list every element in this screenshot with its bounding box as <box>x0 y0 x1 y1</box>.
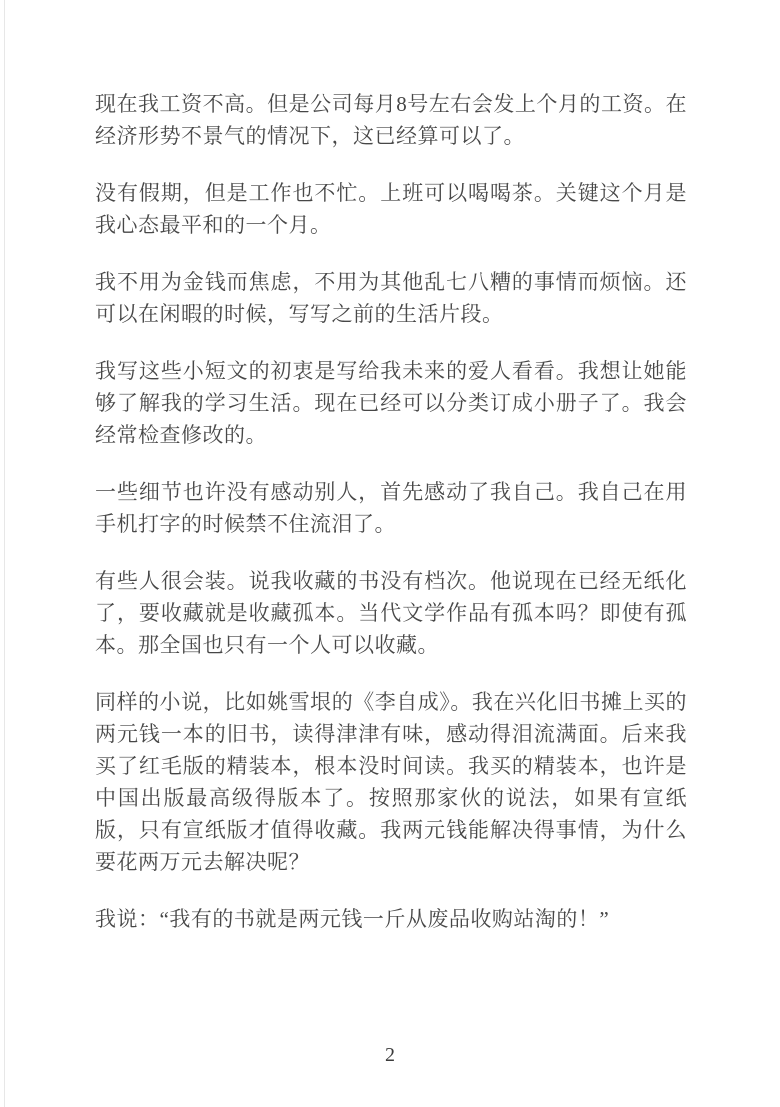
paragraph: 有些人很会装。说我收藏的书没有档次。他说现在已经无纸化了，要收藏就是收藏孤本。当… <box>95 565 687 661</box>
paragraph: 同样的小说，比如姚雪垠的《李自成》。我在兴化旧书摊上买的两元钱一本的旧书，读得津… <box>95 686 687 878</box>
page-scan-edge <box>4 0 5 1107</box>
paragraph: 没有假期，但是工作也不忙。上班可以喝喝茶。关键这个月是我心态最平和的一个月。 <box>95 177 687 241</box>
paragraph: 我不用为金钱而焦虑，不用为其他乱七八糟的事情而烦恼。还可以在闲暇的时候，写写之前… <box>95 266 687 330</box>
page-content: 现在我工资不高。但是公司每月8号左右会发上个月的工资。在经济形势不景气的情况下，… <box>95 88 687 960</box>
paragraph: 我写这些小短文的初衷是写给我未来的爱人看看。我想让她能够了解我的学习生活。现在已… <box>95 355 687 451</box>
paragraph: 现在我工资不高。但是公司每月8号左右会发上个月的工资。在经济形势不景气的情况下，… <box>95 88 687 152</box>
document-page: 现在我工资不高。但是公司每月8号左右会发上个月的工资。在经济形势不景气的情况下，… <box>0 0 780 1107</box>
paragraph: 一些细节也许没有感动别人，首先感动了我自己。我自己在用手机打字的时候禁不住流泪了… <box>95 476 687 540</box>
paragraph: 我说：“我有的书就是两元钱一斤从废品收购站淘的！” <box>95 903 687 935</box>
page-number: 2 <box>0 1044 780 1067</box>
